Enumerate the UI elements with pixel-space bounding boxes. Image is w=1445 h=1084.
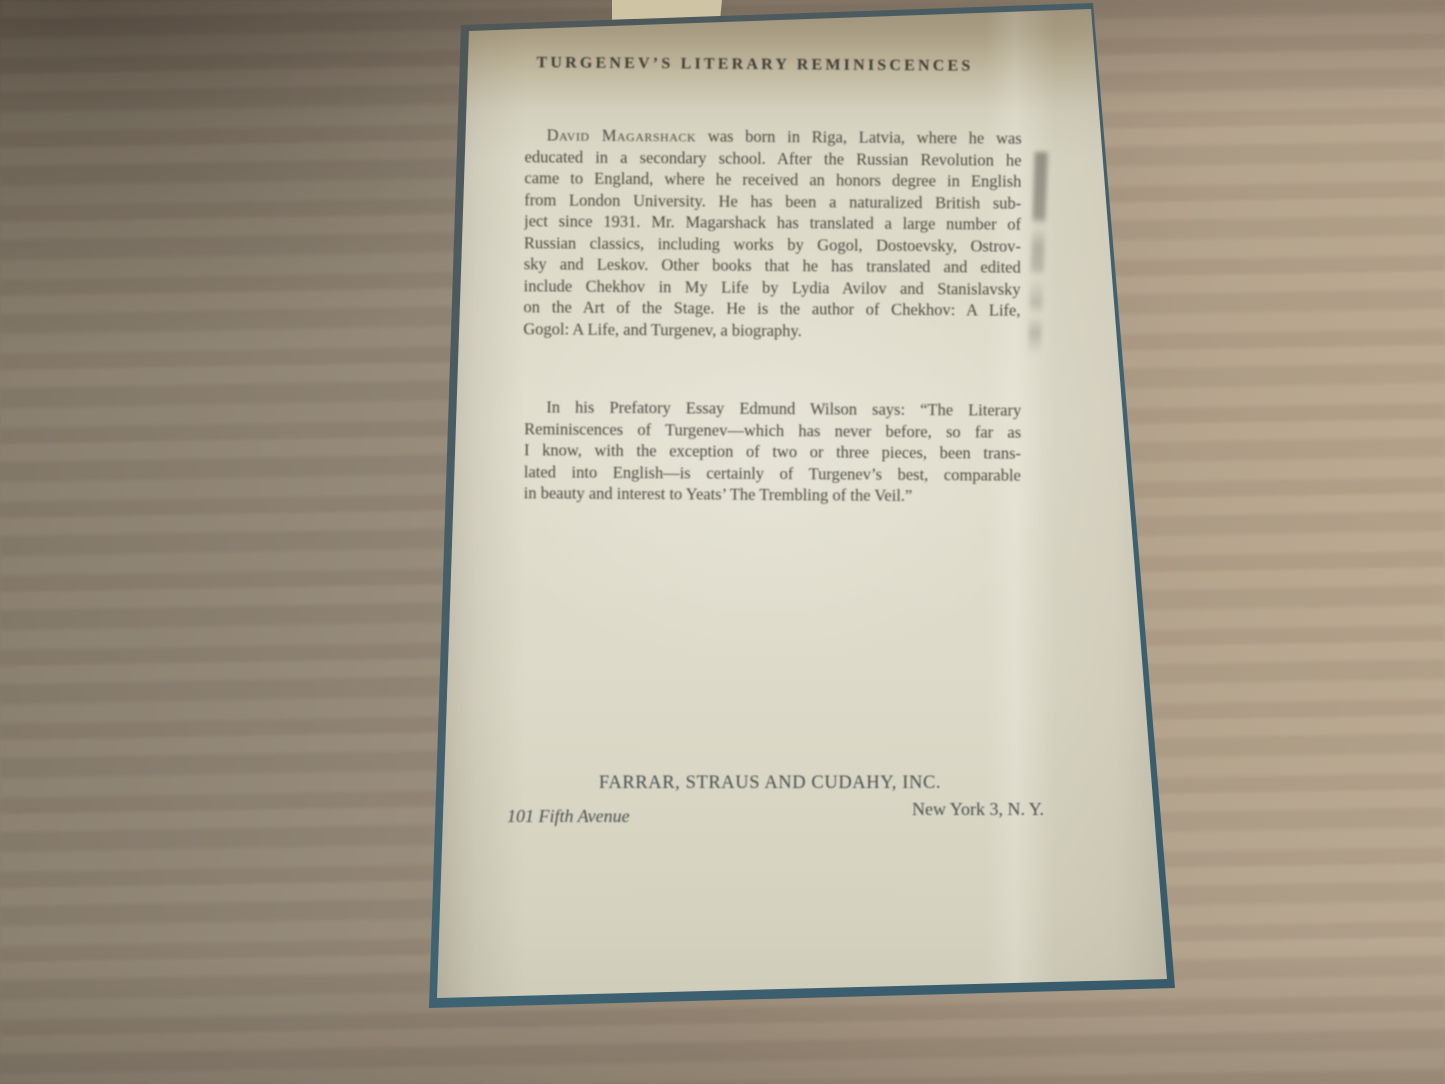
bio-line: David Magarshack was born in Riga, Latvi… xyxy=(525,124,1022,149)
bio-line: on the Art of the Stage. He is the autho… xyxy=(523,296,1020,321)
publisher-city: New York 3, N. Y. xyxy=(878,799,1044,820)
wilson-quote-paragraph: In his Prefatory Essay Edmund Wilson say… xyxy=(524,396,1022,507)
bio-line: Gogol: A Life, and Turgenev, a biography… xyxy=(523,318,1020,343)
bio-line: sky and Leskov. Other books that he has … xyxy=(524,253,1021,278)
author-name: David Magarshack xyxy=(547,125,697,145)
photo-of-book-back-cover: TURGENEV’S LITERARY REMINISCENCES David … xyxy=(0,0,1445,1084)
bio-line: came to England, where he received an ho… xyxy=(524,167,1021,192)
jacket-title: TURGENEV’S LITERARY REMINISCENCES xyxy=(520,54,990,76)
quote-line: In his Prefatory Essay Edmund Wilson say… xyxy=(524,396,1021,421)
quote-line: in beauty and interest to Yeats’ The Tre… xyxy=(524,482,1021,507)
bio-line-text: was born in Riga, Latvia, where he was xyxy=(696,126,1022,147)
publisher-name: FARRAR, STRAUS AND CUDAHY, INC. xyxy=(520,773,1020,794)
quote-line: I know, with the exception of two or thr… xyxy=(524,439,1021,464)
publisher-address: 101 Fifth Avenue xyxy=(507,806,630,827)
author-bio-paragraph: David Magarshack was born in Riga, Latvi… xyxy=(523,124,1021,342)
bio-line: ject since 1931. Mr. Magarshack has tran… xyxy=(524,210,1021,235)
